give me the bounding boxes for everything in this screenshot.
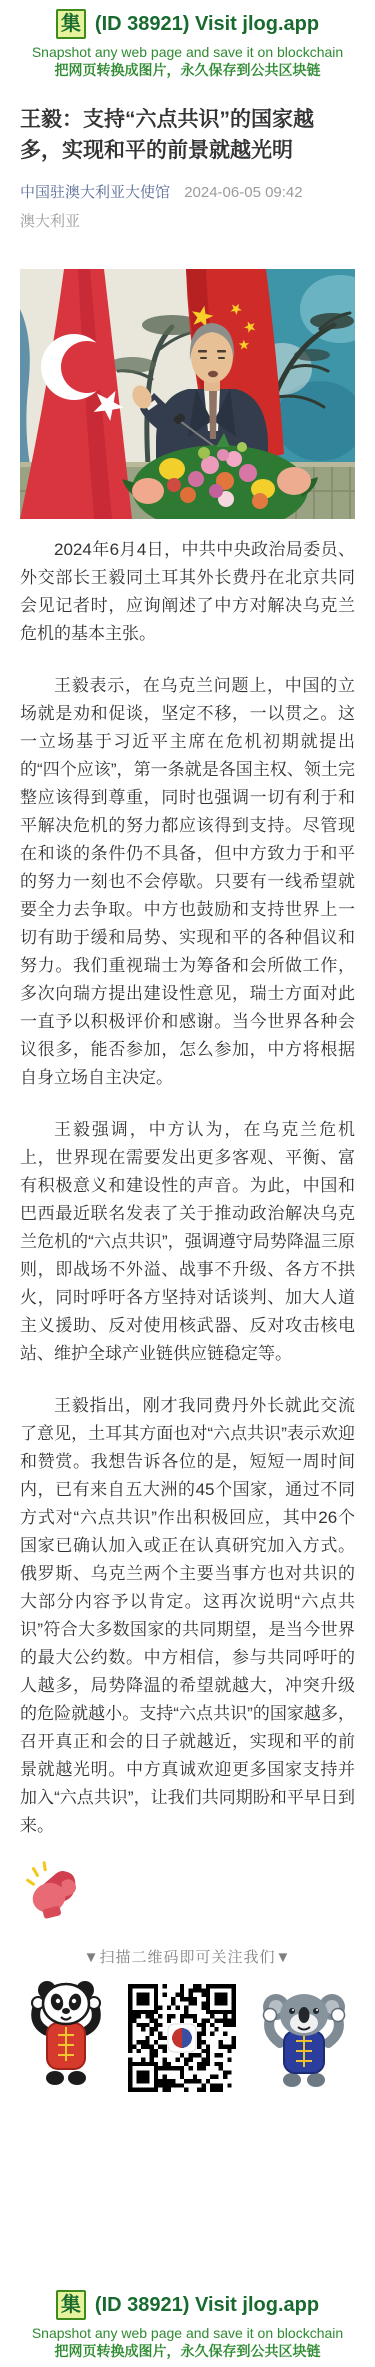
jlog-tagline-en: Snapshot any web page and save it on blo… — [0, 44, 375, 60]
koala-mascot-icon — [262, 1985, 346, 2092]
jlog-tagline-zh: 把网页转换成图片，永久保存到公共区块链 — [0, 60, 375, 80]
location-label: 澳大利亚 — [20, 210, 355, 231]
scan-qr-instruction: ▼扫描二维码即可关注我们▼ — [20, 1946, 355, 1967]
paragraph-3: 王毅强调，中方认为，在乌克兰危机上，世界现在需要发出更多客观、平衡、富有积极意义… — [20, 1116, 355, 1368]
panda-mascot-icon — [30, 1979, 102, 2092]
jlog-logo-icon: 集 — [56, 9, 86, 39]
paragraph-1: 2024年6月4日，中共中央政治局委员、外交部长王毅同土耳其外长费丹在北京共同会… — [20, 536, 355, 648]
publish-time: 2024-06-05 09:42 — [184, 184, 302, 201]
paragraph-2: 王毅表示，在乌克兰问题上，中国的立场就是劝和促谈，坚定不移，一以贯之。这一立场基… — [20, 672, 355, 1092]
account-name-link[interactable]: 中国驻澳大利亚大使馆 — [20, 184, 170, 201]
article-title: 王毅：支持“六点共识”的国家越多，实现和平的前景就越光明 — [20, 104, 355, 166]
article-meta: 中国驻澳大利亚大使馆 2024-06-05 09:42 — [20, 183, 355, 203]
jlog-banner-top: 集 (ID 38921) Visit jlog.app Snapshot any… — [0, 0, 375, 80]
jlog-logo-icon: 集 — [56, 2290, 86, 2320]
jlog-banner-bottom: 集 (ID 38921) Visit jlog.app Snapshot any… — [0, 2281, 375, 2367]
jlog-tagline-en: Snapshot any web page and save it on blo… — [0, 2325, 375, 2341]
jlog-tagline-zh: 把网页转换成图片，永久保存到公共区块链 — [0, 2341, 375, 2361]
article: 王毅：支持“六点共识”的国家越多，实现和平的前景就越光明 中国驻澳大利亚大使馆 … — [0, 80, 375, 2092]
jlog-visit-link[interactable]: (ID 38921) Visit jlog.app — [95, 2294, 319, 2317]
qr-code — [128, 1984, 236, 2092]
jlog-snapshot-page: 集 (ID 38921) Visit jlog.app Snapshot any… — [0, 0, 375, 2367]
follow-mascots-row — [20, 1979, 355, 2092]
article-photo[interactable] — [20, 269, 355, 519]
clapping-gloves-icon — [20, 1856, 80, 1922]
paragraph-4: 王毅指出，刚才我同费丹外长就此交流了意见，土耳其方面也对“六点共识”表示欢迎和赞… — [20, 1392, 355, 1840]
jlog-visit-link[interactable]: (ID 38921) Visit jlog.app — [95, 13, 319, 36]
